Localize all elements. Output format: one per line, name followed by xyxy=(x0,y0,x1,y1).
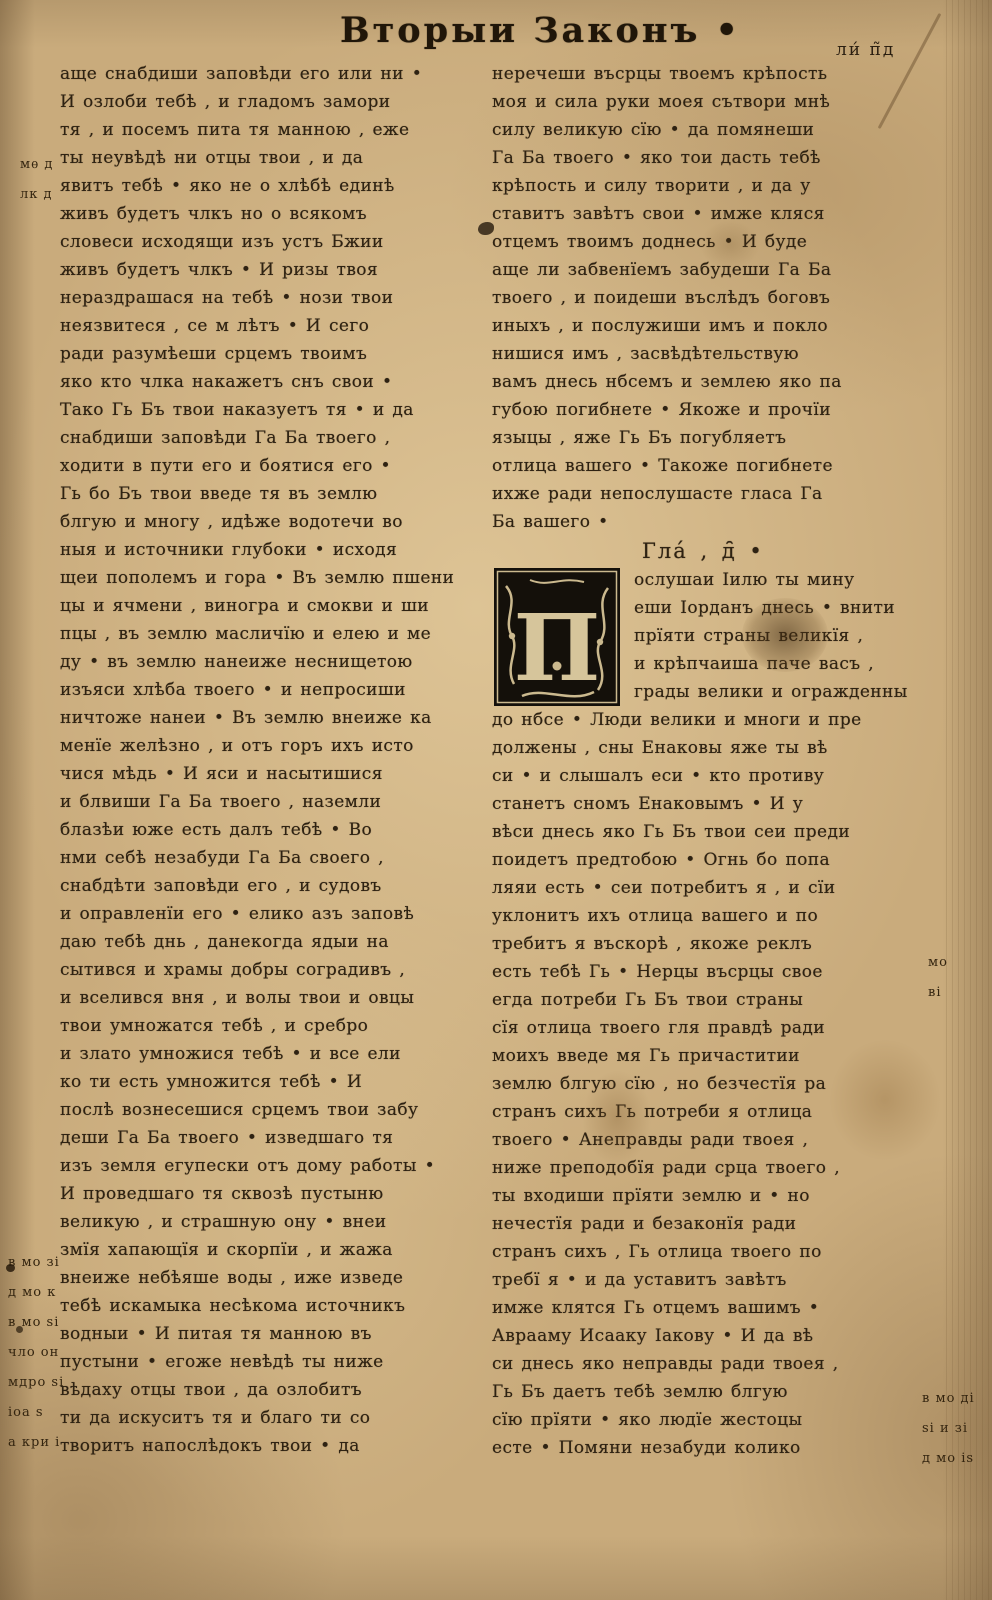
margin-note: лк д xyxy=(20,182,53,212)
margin-notes-right-bottom: в мо діѕі и зід мо іѕ xyxy=(922,1384,975,1474)
text-line: иныхъ , и послужиши имъ и покло xyxy=(492,312,926,340)
margin-note: ві xyxy=(928,982,948,1012)
text-line: явитъ тебѣ • яко не о хлѣбѣ единѣ xyxy=(60,172,484,200)
text-line: живъ будетъ члкъ • И ризы твоя xyxy=(60,256,484,284)
text-line: Аврааму Исааку Іакову • И да вѣ xyxy=(492,1322,926,1350)
text-line: Гь бо Бъ твои введе тя въ землю xyxy=(60,480,484,508)
margin-note: в мо ді xyxy=(922,1384,975,1414)
text-line: сїю прїяти • яко людїе жестоцы xyxy=(492,1406,926,1434)
text-line: блгую и многу , идѣже водотечи во xyxy=(60,508,484,536)
text-line: твоего • Анеправды ради твоея , xyxy=(492,1126,926,1154)
text-line: цы и ячмени , виногра и смокви и ши xyxy=(60,592,484,620)
margin-note: д мо іѕ xyxy=(922,1444,975,1474)
text-line: губою погибнете • Якоже и прочїи xyxy=(492,396,926,424)
margin-notes-left-top: мѳ длк д xyxy=(20,152,53,212)
text-line: Ба вашего • xyxy=(492,508,926,536)
text-line: щеи пополемъ и гора • Въ землю пшени xyxy=(60,564,484,592)
text-line: поидетъ предтобою • Огнь бо попа xyxy=(492,846,926,874)
text-line: Тако Гь Бъ твои наказуетъ тя • и да xyxy=(60,396,484,424)
text-line: отцемъ твоимъ доднесь • И буде xyxy=(492,228,926,256)
text-line: станетъ сномъ Енаковымъ • И у xyxy=(492,790,926,818)
text-line: творитъ напослѣдокъ твои • да xyxy=(60,1432,484,1460)
text-line: изъяси хлѣба твоего • и непросиши xyxy=(60,676,484,704)
right-column-part1: неречеши въсрцы твоемъ крѣпостьмоя и сил… xyxy=(492,60,926,536)
drop-cap-ornament-icon: П xyxy=(494,568,620,706)
page-edge-texture xyxy=(946,0,992,1600)
text-line: ныя и источники глубоки • исходя xyxy=(60,536,484,564)
text-line: неречеши въсрцы твоемъ крѣпость xyxy=(492,60,926,88)
right-column-part2: до нбсе • Люди велики и многи и предолже… xyxy=(492,706,926,1462)
text-line: си днесь яко неправды ради твоея , xyxy=(492,1350,926,1378)
margin-note: в мо ѕі xyxy=(8,1308,64,1338)
text-line: нераздрашася на тебѣ • нози твои xyxy=(60,284,484,312)
drop-cap-initial: П xyxy=(494,568,620,706)
text-line: и блвиши Га Ба твоего , наземли xyxy=(60,788,484,816)
text-line: должены , сны Енаковы яже ты вѣ xyxy=(492,734,926,762)
text-line: снабдѣти заповѣди его , и судовъ xyxy=(60,872,484,900)
text-line: внеиже небѣяше воды , иже изведе xyxy=(60,1264,484,1292)
margin-note: в мо зі xyxy=(8,1248,64,1278)
text-line: уклонитъ ихъ отлица вашего и по xyxy=(492,902,926,930)
text-line: ко ти есть умножится тебѣ • И xyxy=(60,1068,484,1096)
initial-letter: П xyxy=(514,594,601,702)
text-line: Га Ба твоего • яко тои дасть тебѣ xyxy=(492,144,926,172)
text-line: твоего , и поидеши въслѣдъ боговъ xyxy=(492,284,926,312)
text-line: ставитъ завѣтъ свои • имже кляся xyxy=(492,200,926,228)
text-line: силу великую сїю • да помянеши xyxy=(492,116,926,144)
text-line: моя и сила руки моея сътвори мнѣ xyxy=(492,88,926,116)
text-line: изъ земля егупески отъ дому работы • xyxy=(60,1152,484,1180)
text-line: ты неувѣдѣ ни отцы твои , и да xyxy=(60,144,484,172)
text-line: великую , и страшную ону • внеи xyxy=(60,1208,484,1236)
text-line: пустыни • егоже невѣдѣ ты ниже xyxy=(60,1348,484,1376)
text-line: неязвитеся , се м лѣтъ • И сего xyxy=(60,312,484,340)
text-line: сїя отлица твоего гля правдѣ ради xyxy=(492,1014,926,1042)
margin-notes-right-mid: мові xyxy=(928,952,948,1012)
margin-note: іоа ѕ xyxy=(8,1398,64,1428)
text-line: ради разумѣеши срцемъ твоимъ xyxy=(60,340,484,368)
text-line: нишися имъ , засвѣдѣтельствую xyxy=(492,340,926,368)
text-line: яко кто члка накажетъ снъ свои • xyxy=(60,368,484,396)
text-line: нми себѣ незабуди Га Ба своего , xyxy=(60,844,484,872)
text-line: ничтоже нанеи • Въ землю внеиже ка xyxy=(60,704,484,732)
text-line: землю блгую сїю , но безчестїя ра xyxy=(492,1070,926,1098)
text-line: тебѣ искамыка несѣкома источникъ xyxy=(60,1292,484,1320)
margin-note: чло он xyxy=(8,1338,64,1368)
text-line: И озлоби тебѣ , и гладомъ замори xyxy=(60,88,484,116)
page-title: Вторыи Законъ • xyxy=(340,10,741,51)
text-line: вѣдаху отцы твои , да озлобитъ xyxy=(60,1376,484,1404)
margin-note: мо xyxy=(928,952,948,982)
text-line: и злато умножися тебѣ • и все ели xyxy=(60,1040,484,1068)
text-line: менїе желѣзно , и отъ горъ ихъ исто xyxy=(60,732,484,760)
text-line: ходити в пути его и боятися его • xyxy=(60,452,484,480)
text-line: чися мѣдь • И яси и насытишися xyxy=(60,760,484,788)
text-line: даю тебѣ днь , данекогда ядыи на xyxy=(60,928,484,956)
text-line: отлица вашего • Такоже погибнете xyxy=(492,452,926,480)
text-line: водныи • И питая тя манною въ xyxy=(60,1320,484,1348)
text-line: нечестїя ради и безаконїя ради xyxy=(492,1210,926,1238)
folio-number: ли́ п̃д xyxy=(836,40,895,60)
text-line: ихже ради непослушасте гласа Га xyxy=(492,480,926,508)
text-line: есте • Помяни незабуди колико xyxy=(492,1434,926,1462)
text-line: требитъ я въскорѣ , якоже реклъ xyxy=(492,930,926,958)
text-line: имже клятся Гь отцемъ вашимъ • xyxy=(492,1294,926,1322)
text-line: крѣпость и силу творити , и да у xyxy=(492,172,926,200)
text-line: моихъ введе мя Гь причаститии xyxy=(492,1042,926,1070)
text-line: живъ будетъ члкъ но о всякомъ xyxy=(60,200,484,228)
margin-note: мѳ д xyxy=(20,152,53,182)
text-line: аще ли забвенїемъ забудеши Га Ба xyxy=(492,256,926,284)
text-line: ты входиши прїяти землю и • но xyxy=(492,1182,926,1210)
text-line: языцы , яже Гь Бъ погубляетъ xyxy=(492,424,926,452)
text-line: си • и слышалъ еси • кто противу xyxy=(492,762,926,790)
text-line: ляяи есть • сеи потребитъ я , и сїи xyxy=(492,874,926,902)
text-line: и оправленїи его • елико азъ заповѣ xyxy=(60,900,484,928)
text-line: твои умножатся тебѣ , и сребро xyxy=(60,1012,484,1040)
text-line: ти да искуситъ тя и благо ти со xyxy=(60,1404,484,1432)
text-line: вѣси днесь яко Гь Бъ твои сеи преди xyxy=(492,818,926,846)
text-line: до нбсе • Люди велики и многи и пре xyxy=(492,706,926,734)
margin-note: ѕі и зі xyxy=(922,1414,975,1444)
margin-note: а кри і xyxy=(8,1428,64,1458)
text-line: деши Га Ба твоего • изведшаго тя xyxy=(60,1124,484,1152)
margin-note: мдро ѕі xyxy=(8,1368,64,1398)
text-line: есть тебѣ Гь • Нерцы въсрцы свое xyxy=(492,958,926,986)
text-line: егда потреби Гь Бъ твои страны xyxy=(492,986,926,1014)
text-line: тя , и посемъ пита тя манною , еже xyxy=(60,116,484,144)
right-text-column: неречеши въсрцы твоемъ крѣпостьмоя и сил… xyxy=(492,60,926,1462)
text-line: блазѣи юже есть далъ тебѣ • Во xyxy=(60,816,484,844)
text-line: странъ сихъ Гь потреби я отлица xyxy=(492,1098,926,1126)
margin-note: д мо к xyxy=(8,1278,64,1308)
text-line: ниже преподобїя ради срца твоего , xyxy=(492,1154,926,1182)
book-page: Вторыи Законъ • ли́ п̃д мѳ длк д в мо зі… xyxy=(0,0,992,1600)
text-line: вамъ днесь нбсемъ и землею яко па xyxy=(492,368,926,396)
text-line: требї я • и да уставитъ завѣтъ xyxy=(492,1266,926,1294)
text-line: послѣ вознесешися срцемъ твои забу xyxy=(60,1096,484,1124)
chapter-opening-block: П ослушаи Іилю ты минуеши Іорданъ днесь … xyxy=(492,566,926,706)
text-line: странъ сихъ , Гь отлица твоего по xyxy=(492,1238,926,1266)
text-line: И проведшаго тя сквозѣ пустыню xyxy=(60,1180,484,1208)
text-line: Гь Бъ даетъ тебѣ землю блгую xyxy=(492,1378,926,1406)
chapter-heading: Гла́ , д̑ • xyxy=(492,536,926,566)
text-line: аще снабдиши заповѣди его или ни • xyxy=(60,60,484,88)
left-text-column: аще снабдиши заповѣди его или ни •И озло… xyxy=(60,60,484,1460)
text-line: пцы , въ землю масличїю и елею и ме xyxy=(60,620,484,648)
text-line: сытився и храмы добры соградивъ , xyxy=(60,956,484,984)
text-line: и вселився вня , и волы твои и овцы xyxy=(60,984,484,1012)
text-line: словеси исходящи изъ устъ Бжии xyxy=(60,228,484,256)
text-line: снабдиши заповѣди Га Ба твоего , xyxy=(60,424,484,452)
margin-notes-left-bottom: в мо зід мо кв мо ѕічло онмдро ѕііоа ѕа … xyxy=(8,1248,64,1458)
text-line: змїя хапающїя и скорпїи , и жажа xyxy=(60,1236,484,1264)
text-line: ду • въ землю нанеиже неснищетою xyxy=(60,648,484,676)
